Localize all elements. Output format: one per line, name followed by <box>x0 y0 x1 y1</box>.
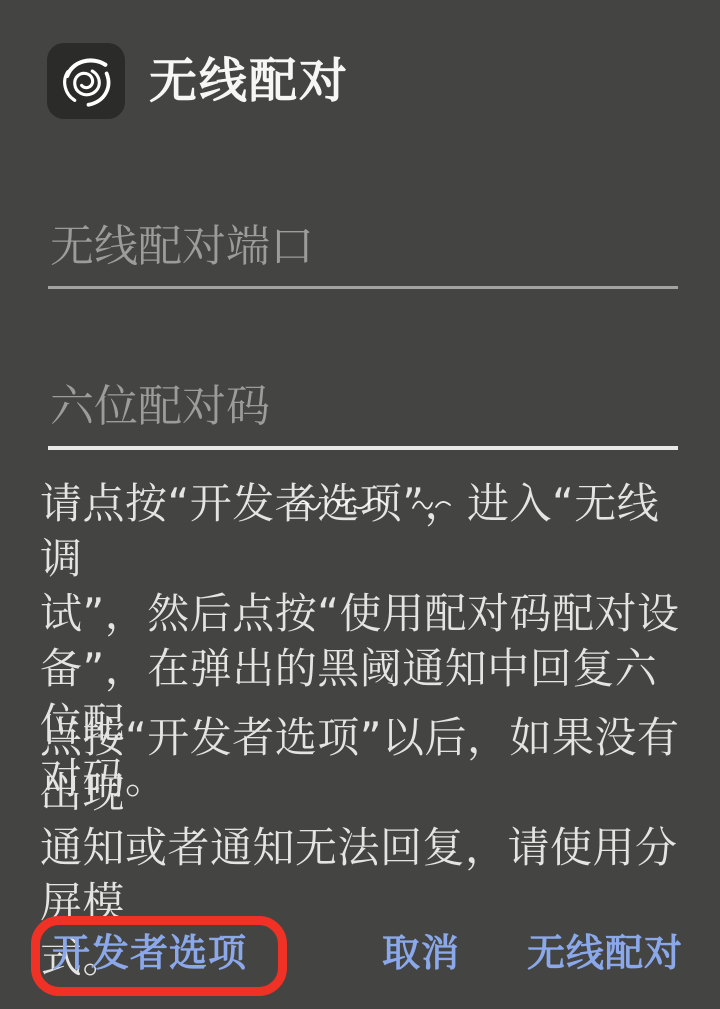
watermark-artifact <box>292 490 392 518</box>
cancel-button[interactable]: 取消 <box>382 932 460 974</box>
dialog-title: 无线配对 <box>149 52 349 110</box>
pairing-code-input[interactable] <box>48 384 678 450</box>
watermark-artifact <box>410 494 456 514</box>
app-icon <box>47 43 125 119</box>
pairing-port-input[interactable] <box>48 224 678 289</box>
developer-options-button[interactable]: 开发者选项 <box>52 932 247 974</box>
wireless-pairing-button[interactable]: 无线配对 <box>527 932 683 974</box>
galaxy-swirl-icon <box>56 51 116 111</box>
wireless-pairing-dialog: 无线配对 请点按“开发者选项”，进入“无线调 试”，然后点按“使用配对码配对设 … <box>0 0 720 1009</box>
